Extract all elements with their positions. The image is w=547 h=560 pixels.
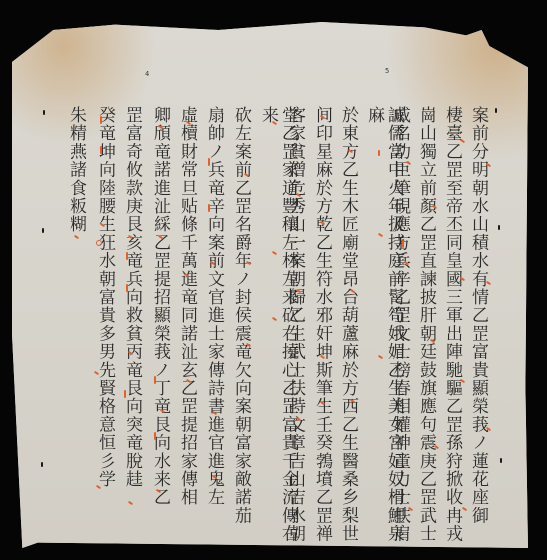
binding-hole-mark (43, 110, 45, 115)
text-column-9: 堂乙罡家道豐穰左林左来砍右撓心乙罡富貴千金流傳右来 (258, 106, 298, 560)
text-column-5: 誠儒當中火年扱持庭前髾笱娥媚乙生美女宮妃奴榾鯉泉麻 (364, 106, 404, 560)
binding-hole-mark (498, 225, 500, 230)
binding-hole-mark (500, 458, 502, 463)
red-punctuation-mark (208, 204, 210, 212)
text-column-6: 於東方乙生木匠廟堂昂台葫蘆麻於方西乙生醫桑乡梨世 (338, 106, 358, 543)
red-punctuation-mark (124, 390, 126, 398)
text-column-11: 扇帥ノ兵竜辛向案前文官進士家傳詩書進官進鬼左 (204, 106, 224, 506)
red-punctuation-mark (208, 158, 210, 166)
text-column-15: 癸竜坤向陸腰生狂水朝富貴多男先賢格意恒彡学 (95, 106, 115, 488)
binding-hole-mark (41, 462, 43, 467)
page-number-left: 4 (145, 70, 149, 78)
text-column-14: 罡富奇攸款庚艮亥竜兵向救貧丙竜艮向突竜脫䞨 (122, 106, 142, 488)
page-number-right: 5 (385, 67, 389, 75)
text-column-1: 案前分明朝水山積水有情乙罡富貴顯榮莪ノ蓮花座御 (468, 106, 488, 525)
red-punctuation-mark (154, 376, 156, 384)
text-column-7: 间印星麻於方乾乙生符水邪奸坤斯筆生壬癸鵓墳乙罡禅 (312, 106, 332, 543)
text-column-2: 棲臺乙罡至帝丕同皇國三軍出陣馳驅乙罡孫狩掀收冉戎 (442, 106, 462, 543)
red-punctuation-mark (378, 150, 380, 156)
text-column-10: 砍左案前乙罡名爵年ノ封侯震竜欠向案朝富家敵諾茄 (231, 106, 251, 525)
text-column-3: 崗山獨立前顏乙罡直諫披肝朝廷鼓旗應句震庚乙罡武士 (416, 106, 436, 543)
red-punctuation-mark (402, 240, 404, 248)
binding-hole-mark (495, 108, 497, 113)
red-punctuation-mark (100, 116, 102, 124)
red-punctuation-mark (100, 146, 102, 154)
red-punctuation-mark (126, 284, 128, 292)
binding-hole-mark (42, 228, 44, 233)
red-punctuation-mark (154, 432, 156, 440)
text-column-16: 朱精燕諸食粄糊 (66, 106, 86, 233)
text-column-12: 虛櫝財常旦贴條千萬進竜同諾沚玄乙罡提招家傳相 (177, 106, 197, 506)
red-punctuation-mark (126, 252, 128, 260)
text-column-13: 卿頎竜諾進沚綵乙罡提招顯榮莪ノ丁竜艮向水来乙 (150, 106, 170, 506)
red-circle-mark (96, 240, 102, 246)
